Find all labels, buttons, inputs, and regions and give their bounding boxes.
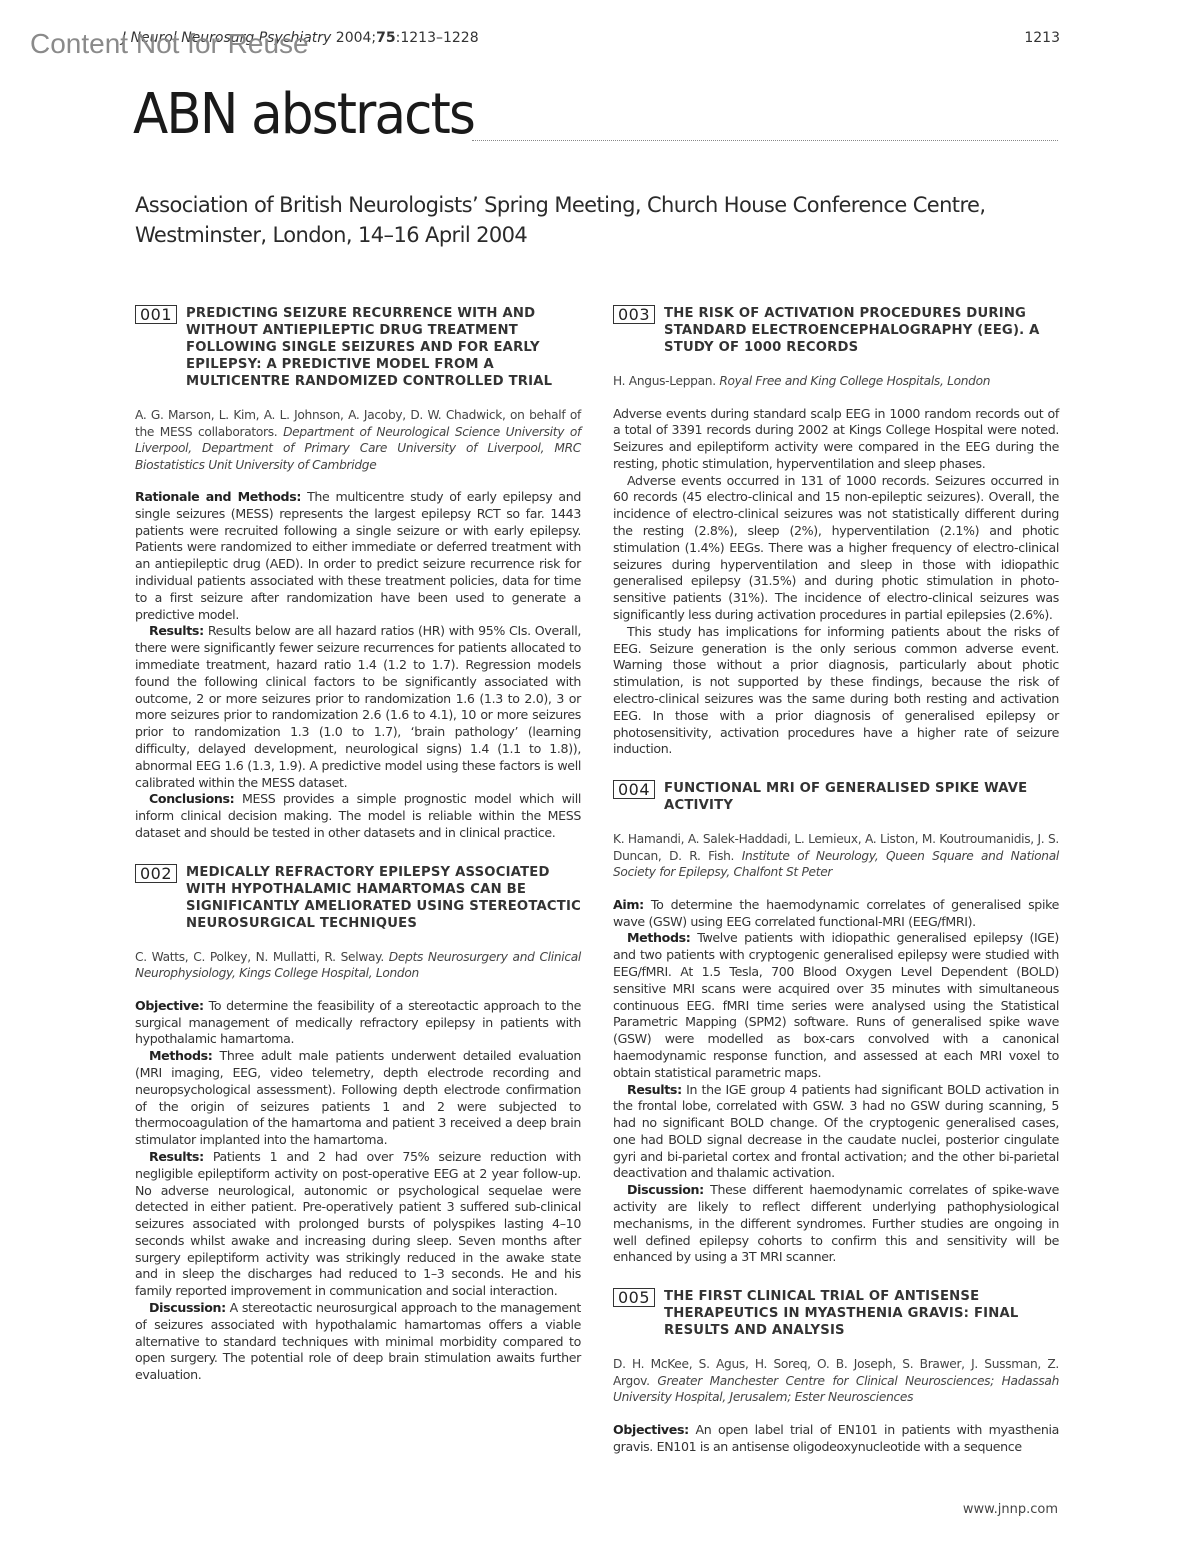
journal-pages: :1213–1228 — [396, 30, 479, 46]
section-text: To determine the haemodynamic correlates… — [613, 897, 1059, 929]
abstract-number: 002 — [135, 864, 177, 883]
abstract-paragraph: Results: In the IGE group 4 patients had… — [613, 1082, 1059, 1183]
section-label: Results: — [149, 1149, 204, 1164]
abstract-authors: C. Watts, C. Polkey, N. Mullatti, R. Sel… — [135, 949, 581, 982]
section-label: Objective: — [135, 998, 204, 1013]
watermark: Content Not for Reuse — [30, 28, 309, 60]
section-text: The multicentre study of early epilepsy … — [135, 489, 581, 622]
abstract-paragraph: Objective: To determine the feasibility … — [135, 998, 581, 1048]
author-list: H. Angus-Leppan. — [613, 374, 719, 388]
meeting-subtitle: Association of British Neurologists’ Spr… — [135, 190, 1065, 250]
abstract-004: 004 FUNCTIONAL MRI OF GENERALISED SPIKE … — [613, 780, 1059, 1266]
journal-volume: 75 — [376, 30, 395, 46]
abstract-paragraph: Objectives: An open label trial of EN101… — [613, 1422, 1059, 1456]
abstract-paragraph: Rationale and Methods: The multicentre s… — [135, 489, 581, 623]
abstract-paragraph: Methods: Three adult male patients under… — [135, 1048, 581, 1149]
abstract-title: MEDICALLY REFRACTORY EPILEPSY ASSOCIATED… — [186, 864, 581, 932]
section-label: Rationale and Methods: — [135, 489, 301, 504]
abstract-authors: D. H. McKee, S. Agus, H. Soreq, O. B. Jo… — [613, 1356, 1059, 1406]
right-column: 003 THE RISK OF ACTIVATION PROCEDURES DU… — [613, 305, 1059, 1477]
page-title: ABN abstracts — [133, 82, 474, 147]
footer-url[interactable]: www.jnnp.com — [963, 1502, 1058, 1517]
abstract-paragraph: Results: Patients 1 and 2 had over 75% s… — [135, 1149, 581, 1300]
abstract-number: 004 — [613, 780, 655, 799]
section-label: Aim: — [613, 897, 644, 912]
author-affiliation: Royal Free and King College Hospitals, L… — [719, 374, 990, 388]
abstract-authors: A. G. Marson, L. Kim, A. L. Johnson, A. … — [135, 407, 581, 473]
section-text: Twelve patients with idiopathic generali… — [613, 930, 1059, 1079]
abstract-header: 005 THE FIRST CLINICAL TRIAL OF ANTISENS… — [613, 1288, 1059, 1339]
section-text: This study has implications for informin… — [613, 624, 1059, 757]
abstract-header: 003 THE RISK OF ACTIVATION PROCEDURES DU… — [613, 305, 1059, 356]
abstract-body: Rationale and Methods: The multicentre s… — [135, 489, 581, 842]
abstract-header: 001 PREDICTING SEIZURE RECURRENCE WITH A… — [135, 305, 581, 390]
abstract-number: 005 — [613, 1288, 655, 1307]
section-text: Adverse events during standard scalp EEG… — [613, 406, 1059, 471]
abstract-paragraph: Conclusions: MESS provides a simple prog… — [135, 791, 581, 841]
author-list: C. Watts, C. Polkey, N. Mullatti, R. Sel… — [135, 950, 389, 964]
abstract-paragraph: Adverse events occurred in 131 of 1000 r… — [613, 473, 1059, 624]
abstract-header: 002 MEDICALLY REFRACTORY EPILEPSY ASSOCI… — [135, 864, 581, 932]
abstract-005: 005 THE FIRST CLINICAL TRIAL OF ANTISENS… — [613, 1288, 1059, 1455]
section-text: Adverse events occurred in 131 of 1000 r… — [613, 473, 1059, 622]
abstract-paragraph: Results: Results below are all hazard ra… — [135, 623, 581, 791]
section-label: Discussion: — [149, 1300, 226, 1315]
abstract-paragraph: Discussion: These different haemodynamic… — [613, 1182, 1059, 1266]
abstract-002: 002 MEDICALLY REFRACTORY EPILEPSY ASSOCI… — [135, 864, 581, 1384]
abstract-body: Objectives: An open label trial of EN101… — [613, 1422, 1059, 1456]
abstract-title: THE RISK OF ACTIVATION PROCEDURES DURING… — [664, 305, 1059, 356]
title-dotted-rule — [472, 140, 1058, 141]
journal-year: 2004; — [331, 30, 376, 46]
abstract-number: 001 — [135, 305, 177, 324]
abstract-003: 003 THE RISK OF ACTIVATION PROCEDURES DU… — [613, 305, 1059, 758]
section-label: Results: — [627, 1082, 682, 1097]
abstract-title: PREDICTING SEIZURE RECURRENCE WITH AND W… — [186, 305, 581, 390]
abstract-body: Adverse events during standard scalp EEG… — [613, 406, 1059, 759]
left-column: 001 PREDICTING SEIZURE RECURRENCE WITH A… — [135, 305, 581, 1406]
abstract-title: THE FIRST CLINICAL TRIAL OF ANTISENSE TH… — [664, 1288, 1059, 1339]
abstract-paragraph: Aim: To determine the haemodynamic corre… — [613, 897, 1059, 931]
abstract-paragraph: Discussion: A stereotactic neurosurgical… — [135, 1300, 581, 1384]
abstract-number: 003 — [613, 305, 655, 324]
page-number: 1213 — [1024, 30, 1060, 46]
abstract-header: 004 FUNCTIONAL MRI OF GENERALISED SPIKE … — [613, 780, 1059, 814]
abstract-body: Aim: To determine the haemodynamic corre… — [613, 897, 1059, 1267]
abstract-paragraph: Adverse events during standard scalp EEG… — [613, 406, 1059, 473]
abstract-authors: H. Angus-Leppan. Royal Free and King Col… — [613, 373, 1059, 390]
section-label: Discussion: — [627, 1182, 704, 1197]
author-affiliation: Greater Manchester Centre for Clinical N… — [613, 1374, 1059, 1405]
abstract-paragraph: Methods: Twelve patients with idiopathic… — [613, 930, 1059, 1081]
section-label: Results: — [149, 623, 204, 638]
section-label: Objectives: — [613, 1422, 689, 1437]
section-label: Conclusions: — [149, 791, 234, 806]
abstract-authors: K. Hamandi, A. Salek-Haddadi, L. Lemieux… — [613, 831, 1059, 881]
section-label: Methods: — [149, 1048, 212, 1063]
section-text: Patients 1 and 2 had over 75% seizure re… — [135, 1149, 581, 1298]
abstract-paragraph: This study has implications for informin… — [613, 624, 1059, 758]
abstract-001: 001 PREDICTING SEIZURE RECURRENCE WITH A… — [135, 305, 581, 842]
abstract-body: Objective: To determine the feasibility … — [135, 998, 581, 1384]
section-label: Methods: — [627, 930, 690, 945]
abstract-title: FUNCTIONAL MRI OF GENERALISED SPIKE WAVE… — [664, 780, 1059, 814]
section-text: Results below are all hazard ratios (HR)… — [135, 623, 581, 789]
